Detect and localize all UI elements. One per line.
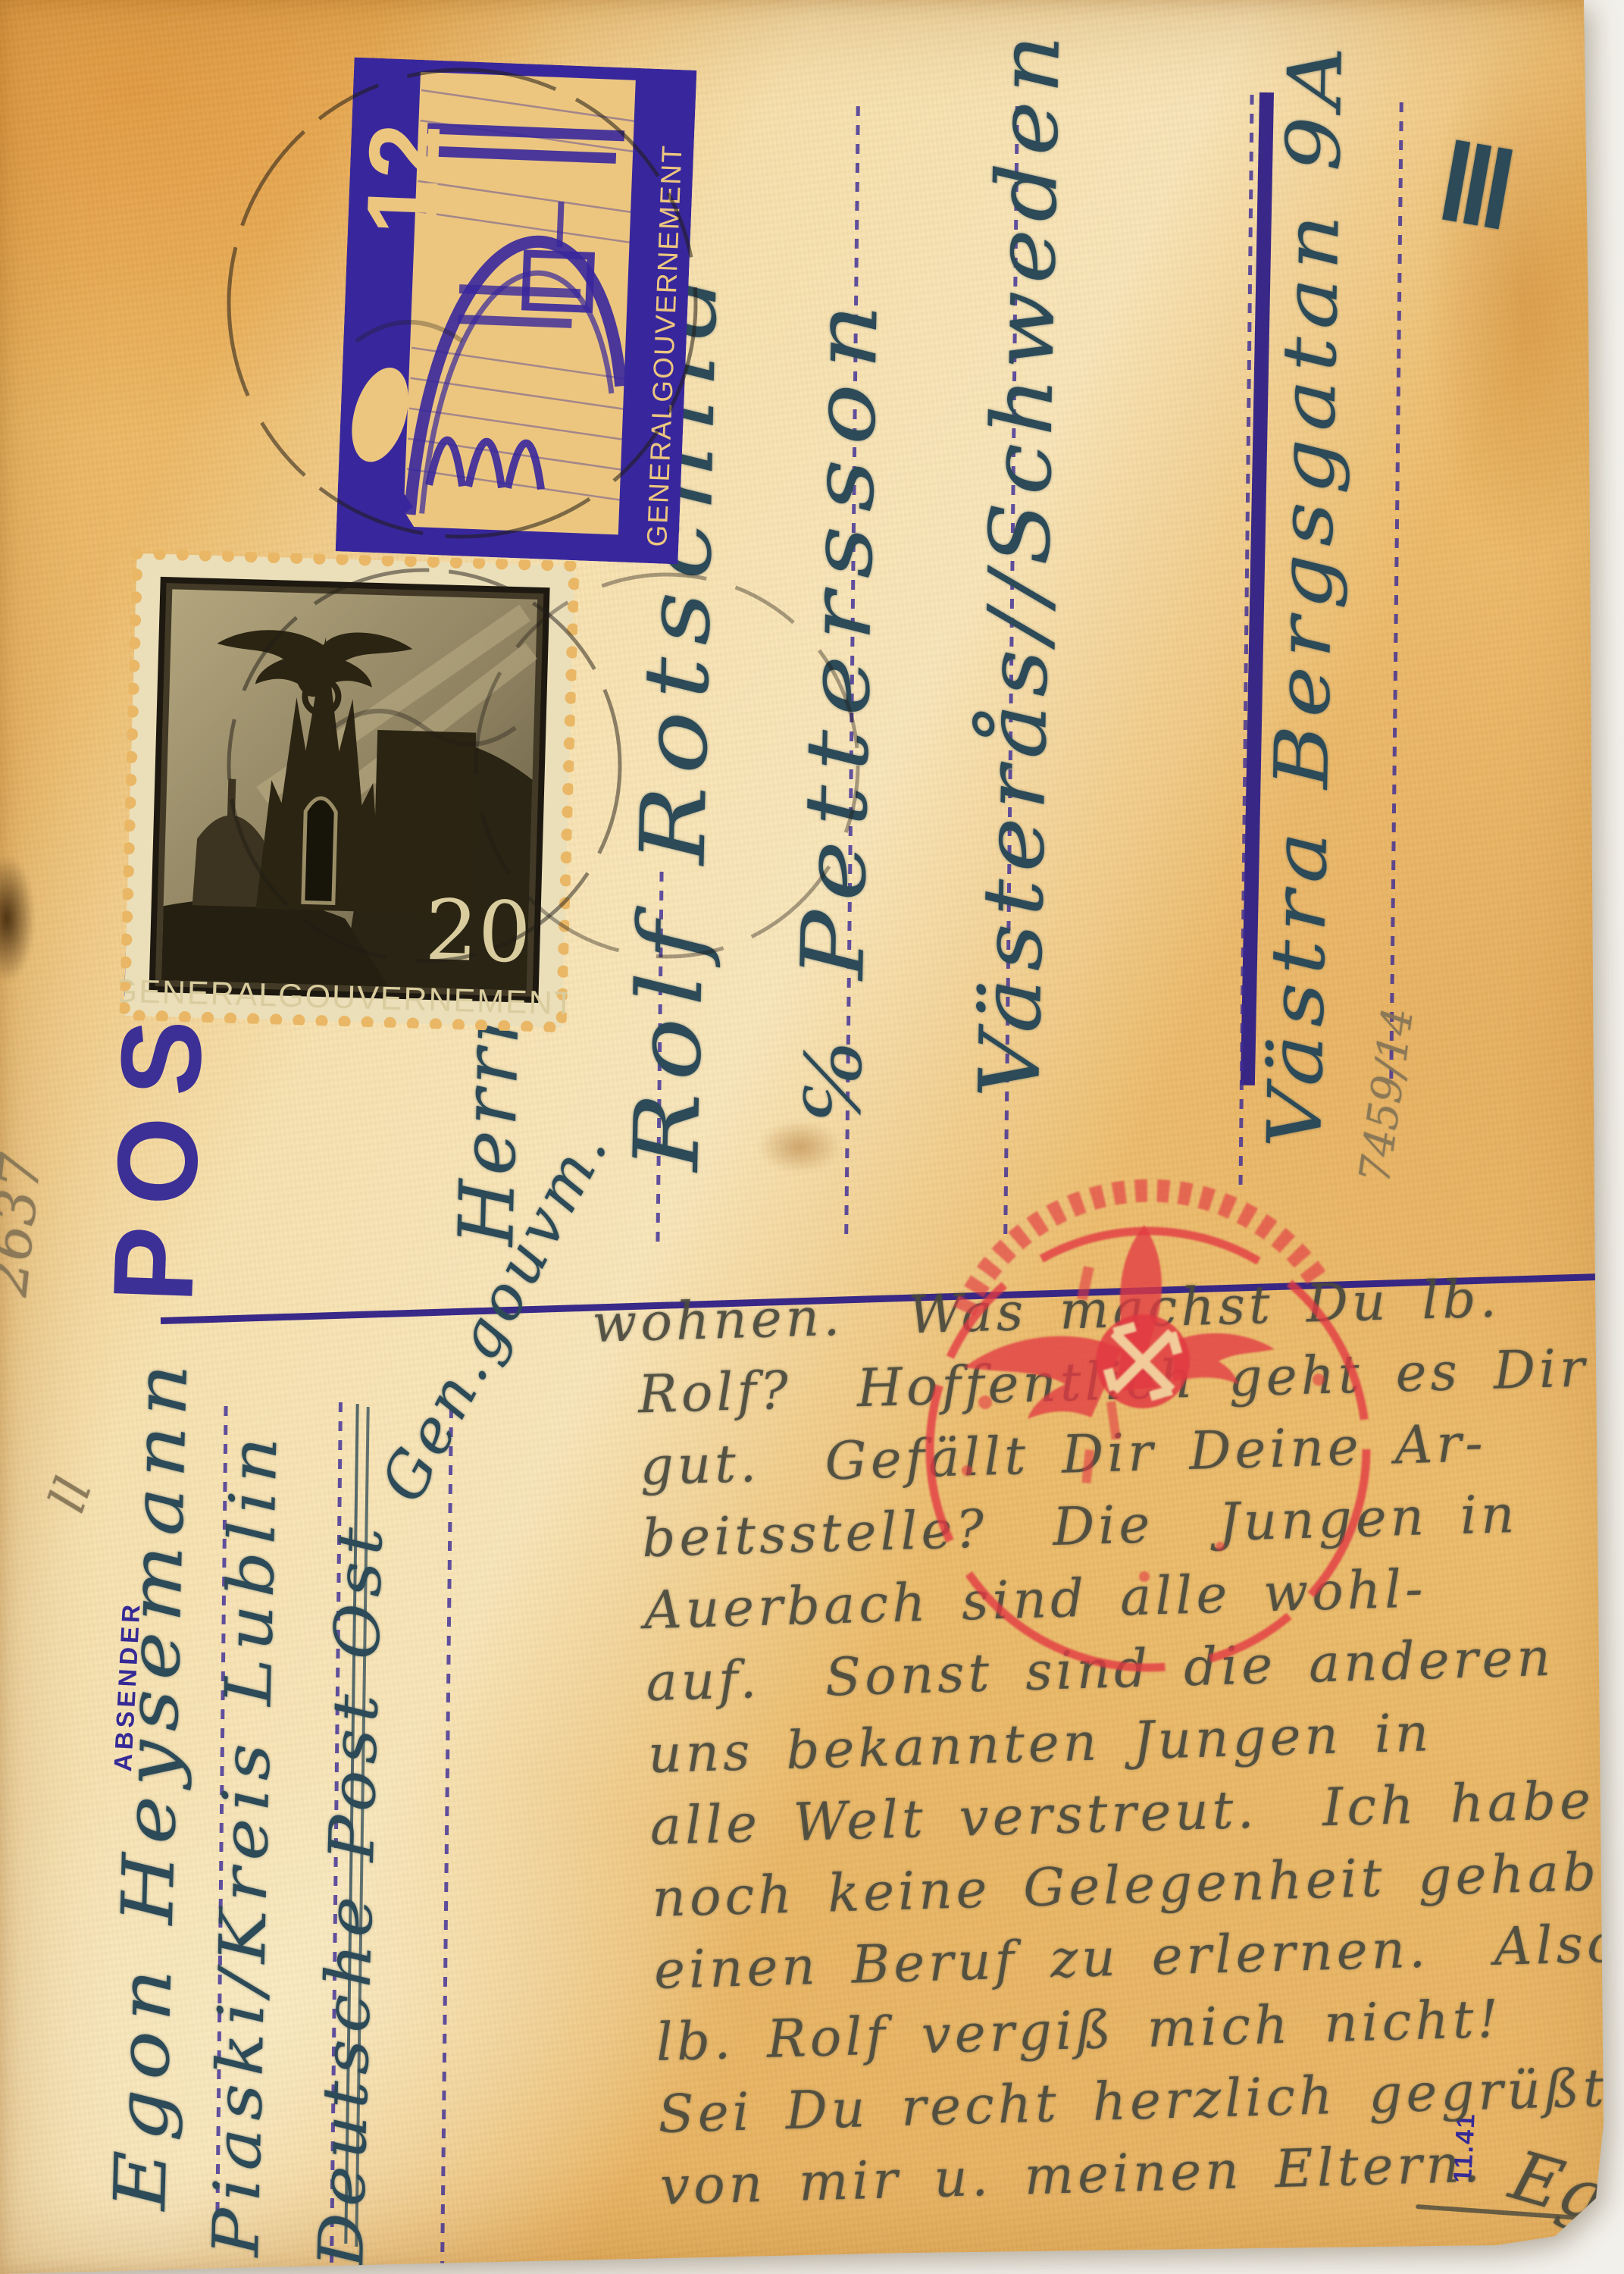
censor-stamp	[894, 1152, 1425, 1736]
postmark-squiggle-2	[356, 322, 462, 341]
postcard-wrapper: POST ABSENDER 11.41 2637 ll 7459/14 Herr…	[0, 0, 1624, 2274]
postmark-circle-3	[476, 575, 858, 957]
postmark-circle-2	[229, 570, 620, 961]
scanned-postcard-image: POST ABSENDER 11.41 2637 ll 7459/14 Herr…	[0, 0, 1624, 2274]
postcard: POST ABSENDER 11.41 2637 ll 7459/14 Herr…	[0, 0, 1624, 2274]
postmark-circle-1	[229, 70, 696, 537]
edge-shadow-stain	[1425, 30, 1622, 561]
postmark-squiggle	[333, 711, 515, 744]
message-signature: Egon	[1502, 2136, 1624, 2262]
postmark-cancellation	[106, 23, 1091, 1122]
small-stain	[758, 1120, 841, 1173]
